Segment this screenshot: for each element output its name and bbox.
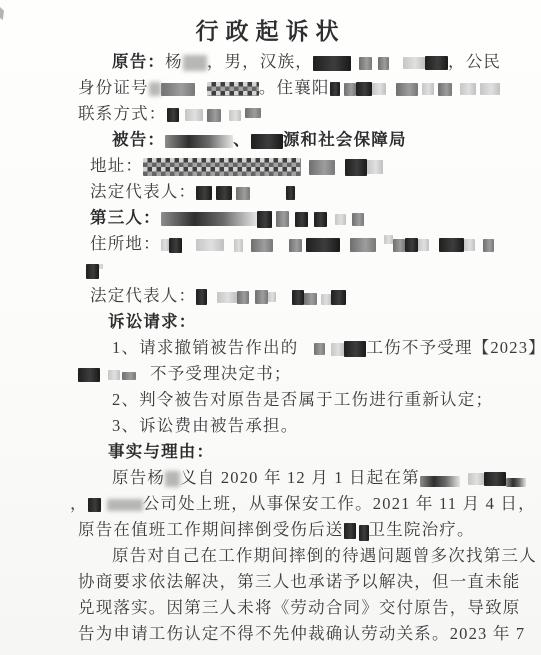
text-run: 第三人： xyxy=(90,208,161,227)
redaction-block xyxy=(251,239,273,252)
redaction-block xyxy=(251,134,283,149)
redaction-block xyxy=(344,341,366,357)
redaction-block xyxy=(405,238,418,252)
text-run: 公司处上班，从事保安工作。2021 年 11 月 4 日， xyxy=(143,494,536,513)
text-run: 原告杨 xyxy=(112,468,165,487)
redaction-block xyxy=(314,212,327,227)
text-run: 1、请求撤销被告作出的 xyxy=(112,338,298,357)
redaction-block xyxy=(480,83,500,95)
text-run: 3、诉讼费由被告承担。 xyxy=(112,416,298,435)
claim3-line: 3、诉讼费由被告承担。 xyxy=(0,413,541,439)
redaction-block xyxy=(439,238,464,252)
text-run: ，男，汉族， xyxy=(207,52,313,71)
redaction-block xyxy=(372,83,386,95)
redaction-block xyxy=(295,212,308,227)
redaction-block xyxy=(207,109,221,122)
document-scan: 行政起诉状 原告：杨，男，汉族，，公民身份证号。住襄阳联系方式：被告：、源和社会… xyxy=(0,0,541,655)
redaction-block xyxy=(335,214,346,225)
id-number-line: 身份证号。住襄阳 xyxy=(0,75,541,101)
redaction-block xyxy=(86,264,99,279)
redaction-block xyxy=(359,525,369,541)
text-run: ，公民 xyxy=(448,52,501,71)
redaction-block xyxy=(217,292,237,303)
plaintiff-line: 原告：杨，男，汉族，，公民 xyxy=(0,49,541,75)
text-run: 告为申请工伤认定不得不先仲裁确认劳动关系。2023 年 7 xyxy=(78,624,525,643)
redaction-block xyxy=(207,82,259,96)
redaction-block xyxy=(216,186,232,200)
redaction-block xyxy=(367,160,383,174)
redaction-block xyxy=(245,108,261,118)
redaction-block xyxy=(161,212,257,226)
redaction-block xyxy=(331,290,346,305)
redaction-block xyxy=(88,498,101,512)
text-run: 法定代表人： xyxy=(90,286,196,305)
third-party-line: 第三人： xyxy=(0,205,541,231)
document-title: 行政起诉状 xyxy=(0,0,541,46)
facts-para2-line2: 协商要求依法解决，第三人也承诺予以解决，但一直未能 xyxy=(0,569,541,595)
text-run: 协商要求依法解决，第三人也承诺予以解决，但一直未能 xyxy=(78,572,521,591)
claim1-line2: 不予受理决定书； xyxy=(0,361,541,387)
redaction-block xyxy=(149,82,161,96)
redaction-block xyxy=(309,160,335,175)
redaction-block xyxy=(418,239,429,251)
redaction-block xyxy=(425,56,448,70)
text-run: 卫生院治疗。 xyxy=(369,520,475,539)
redaction-block xyxy=(314,343,325,355)
text-run: 义自 2020 年 12 月 1 日起在第 xyxy=(180,468,420,487)
redaction-block xyxy=(196,289,207,305)
redaction-block xyxy=(330,82,340,96)
redaction-block xyxy=(161,83,195,96)
redaction-block xyxy=(396,83,418,96)
text-run: 。住襄阳 xyxy=(259,78,330,97)
redaction-block xyxy=(143,158,301,176)
redaction-block xyxy=(167,108,179,122)
redaction-block xyxy=(468,473,484,485)
defendant-legal-rep-line: 法定代表人： xyxy=(0,179,541,205)
redaction-block xyxy=(165,471,180,487)
facts-para2-line4: 告为申请工伤认定不得不先仲裁确认劳动关系。2023 年 7 xyxy=(0,621,541,647)
redaction-block xyxy=(352,213,364,226)
claim1-line1: 1、请求撤销被告作出的工伤不予受理【2023】 xyxy=(0,335,541,361)
redaction-block xyxy=(229,110,241,121)
redaction-block xyxy=(321,294,331,305)
redaction-block xyxy=(438,83,452,96)
text-run: 原告： xyxy=(112,52,165,71)
residence-continuation-line xyxy=(0,257,541,283)
defendant-address-line: 地址： xyxy=(0,153,541,179)
text-run: 身份证号 xyxy=(78,78,149,97)
text-run: 地址： xyxy=(90,156,143,175)
text-run: 法定代表人： xyxy=(90,182,196,201)
text-run: 联系方式： xyxy=(78,104,167,123)
redaction-block xyxy=(422,83,434,95)
redaction-block xyxy=(350,238,376,252)
redaction-block xyxy=(460,83,476,95)
text-run: 不予受理决定书； xyxy=(150,364,292,383)
redaction-block xyxy=(384,235,393,244)
text-run: 事实与理由： xyxy=(108,442,214,461)
facts-para1-line1: 原告杨义自 2020 年 12 月 1 日起在第 xyxy=(0,465,541,491)
redaction-block xyxy=(161,239,169,251)
redaction-block xyxy=(165,135,233,148)
redaction-block xyxy=(345,159,367,176)
redaction-block xyxy=(234,239,243,252)
contact-line: 联系方式： xyxy=(0,101,541,127)
redaction-block xyxy=(304,293,317,305)
facts-para1-line3: 原告在值班工作期间摔倒受伤后送卫生院治疗。 xyxy=(0,517,541,543)
redaction-block xyxy=(464,239,475,251)
redaction-block xyxy=(286,186,295,200)
redaction-block xyxy=(268,292,276,302)
redaction-block xyxy=(344,83,356,96)
facts-para2-line3: 兑现落实。因第三人未将《劳动合同》交付原告，导致原 xyxy=(0,595,541,621)
facts-para1-line2: ，公司处上班，从事保安工作。2021 年 11 月 4 日， xyxy=(0,491,541,517)
text-run: 被告： xyxy=(112,130,165,149)
redaction-block xyxy=(359,57,372,70)
text-run: 杨 xyxy=(165,52,183,71)
redaction-block xyxy=(236,187,250,200)
redaction-block xyxy=(185,109,203,121)
text-run: 诉讼请求： xyxy=(108,312,197,331)
claims-heading: 诉讼请求： xyxy=(0,309,541,335)
facts-para2-line1: 原告对自己在工作期间摔倒的待遇问题曾多次找第三人 xyxy=(0,543,541,569)
facts-heading: 事实与理由： xyxy=(0,439,541,465)
redaction-block xyxy=(78,368,100,382)
text-run: 、 xyxy=(233,130,251,149)
document-body: 原告：杨，男，汉族，，公民身份证号。住襄阳联系方式：被告：、源和社会保障局地址：… xyxy=(0,49,541,647)
text-run: 工伤不予受理【2023】 xyxy=(366,338,541,357)
redaction-block xyxy=(331,343,344,356)
redaction-block xyxy=(313,56,351,71)
text-run: 源和社会保障局 xyxy=(283,130,407,149)
redaction-block xyxy=(196,239,224,251)
redaction-block xyxy=(292,290,304,305)
text-run: 原告在值班工作期间摔倒受伤后送 xyxy=(78,520,344,539)
redaction-block xyxy=(107,499,143,511)
redaction-block xyxy=(196,186,212,200)
redaction-block xyxy=(183,55,207,71)
redaction-block xyxy=(108,370,120,380)
redaction-block xyxy=(237,291,249,304)
redaction-block xyxy=(378,57,389,70)
redaction-block xyxy=(99,264,103,269)
redaction-block xyxy=(276,211,289,227)
redaction-block xyxy=(255,290,268,304)
redaction-block xyxy=(344,523,356,539)
redaction-block xyxy=(483,239,494,252)
defendant-line: 被告：、源和社会保障局 xyxy=(0,127,541,153)
text-run: 原告对自己在工作期间摔倒的待遇问题曾多次找第三人 xyxy=(112,546,537,565)
text-run: 兑现落实。因第三人未将《劳动合同》交付原告，导致原 xyxy=(78,598,521,617)
redaction-block xyxy=(306,238,340,252)
redaction-block xyxy=(484,472,506,486)
text-run: ， xyxy=(70,494,88,513)
redaction-block xyxy=(169,238,182,253)
third-party-residence-line: 住所地： xyxy=(0,231,541,257)
third-party-legal-rep-line: 法定代表人： xyxy=(0,283,541,309)
redaction-block xyxy=(289,239,302,252)
redaction-block xyxy=(420,476,460,487)
text-run: 2、判令被告对原告是否属于工伤进行重新认定； xyxy=(112,390,493,409)
redaction-block xyxy=(356,82,372,96)
redaction-block xyxy=(257,211,272,228)
redaction-block xyxy=(122,372,136,380)
redaction-block xyxy=(393,239,405,252)
text-run: 住所地： xyxy=(90,234,161,253)
claim2-line: 2、判令被告对原告是否属于工伤进行重新认定； xyxy=(0,387,541,413)
redaction-block xyxy=(403,57,425,69)
redaction-block xyxy=(506,478,526,487)
